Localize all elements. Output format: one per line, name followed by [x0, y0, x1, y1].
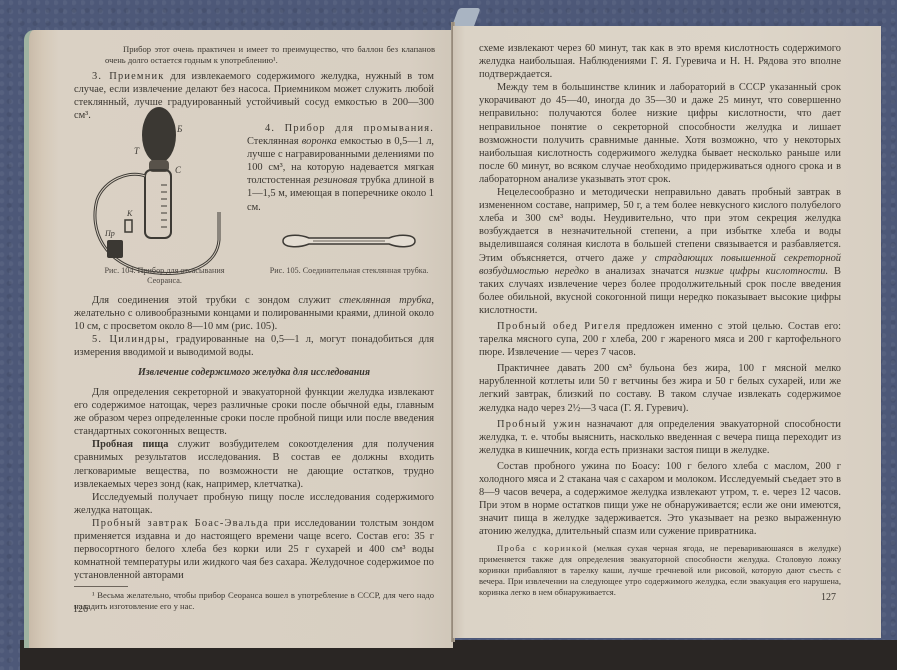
page-number-left: 126 — [73, 604, 88, 615]
label-b: Б — [176, 124, 183, 134]
right-page: схеме извлекают через 60 минут, так как … — [453, 26, 881, 638]
right-page-body: схеме извлекают через 60 минут, так как … — [479, 42, 841, 598]
aspiration-device-illustration: Б Т С К Пр — [89, 90, 259, 280]
footnote: ¹ Весьма желательно, чтобы прибор Сеоран… — [74, 590, 434, 612]
section-heading: Извлечение содержимого желудка для иссле… — [74, 366, 434, 379]
bookmark-tab — [451, 8, 480, 28]
figure-105-caption: Рис. 105. Соединительная стеклянная труб… — [269, 266, 429, 276]
figure-105-glass-tube — [279, 230, 419, 252]
label-t: Т — [134, 146, 140, 156]
section-body: Для определения секреторной и эвакуаторн… — [74, 386, 434, 612]
glass-connecting-tube-illustration — [279, 230, 419, 252]
left-page: Прибор этот очень практичен и имеет то п… — [24, 30, 453, 648]
paragraph-connection: Для соединения этой трубки с зондом служ… — [74, 294, 434, 359]
item-4: 4. Прибор для промывания. Стеклянная вор… — [247, 122, 434, 214]
section-heading-block: Извлечение содержимого желудка для иссле… — [74, 366, 434, 379]
label-c: С — [175, 165, 182, 175]
page-number-right: 127 — [821, 592, 836, 603]
label-k: К — [126, 209, 133, 218]
figure-104-caption: Рис. 104. Прибор для отсасывания Сеоранс… — [87, 266, 242, 286]
footnote-rule — [74, 586, 128, 587]
top-note: Прибор этот очень практичен и имеет то п… — [105, 44, 435, 66]
label-pr: Пр — [104, 229, 115, 238]
figure-104-seorans-apparatus: Б Т С К Пр — [89, 90, 259, 280]
